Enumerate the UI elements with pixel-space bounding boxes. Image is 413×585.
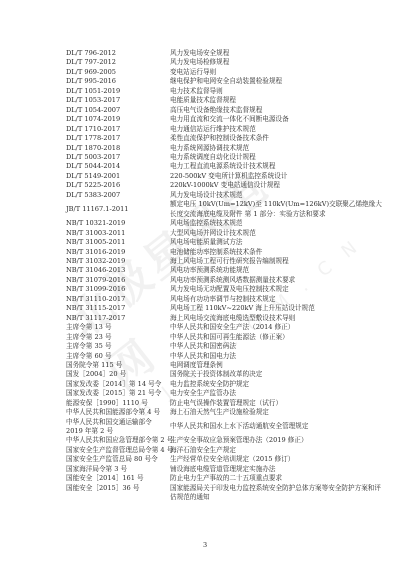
standard-code: NB/T 31016-2019: [66, 248, 170, 257]
standard-code: 主席令第 23 号: [66, 333, 170, 342]
standard-title: 电力用直流和交流一体化不间断电源设备: [170, 115, 386, 124]
list-item: DL/T 5225-2016220kV-1000kV 变电站通信设计规程: [66, 181, 386, 190]
standard-code: 国能安全［2015］36 号: [66, 484, 170, 503]
list-item: 国家安全生产监管总局 80 号令生产经营单位安全培训规定（2015 修订）: [66, 455, 386, 464]
standard-code: 国家安全生产监督管理总局令第 4 号: [66, 446, 170, 455]
standard-code: DL/T 5383-2007: [66, 191, 170, 200]
list-item: 主席令第 35 号中华人民共和国密码法: [66, 342, 386, 351]
standard-code: NB/T 31110-2017: [66, 295, 170, 304]
standard-title: 风电场监控系统技术规范: [170, 219, 386, 228]
list-item: 能源安保［1990］1110 号防止电气误操作装置管理规定（试行）: [66, 399, 386, 408]
list-item: DL/T 5044-2014电力工程直流电源系统设计技术规程: [66, 162, 386, 171]
standard-title: 电力技术监督导则: [170, 87, 386, 96]
list-item: NB/T 31003-2011大型风电场并网设计技术规范: [66, 229, 386, 238]
standard-title: 风力发电场设计技术规范: [170, 191, 386, 200]
list-item: DL/T 797-2012风力发电场检修规程: [66, 58, 386, 67]
standard-title: 变电站运行导则: [170, 68, 386, 77]
standard-title: 风电场有功功率调节与控制技术规定: [170, 295, 386, 304]
standard-title: 电池储能功率控制系统技术条件: [170, 248, 386, 257]
list-item: NB/T 31115-2017风电场工程 110kV~220kV 海上升压站设计…: [66, 304, 386, 313]
list-item: DL/T 1778-2017柔性直流保护和控制设备技术条件: [66, 134, 386, 143]
list-item: 主席令第 23 号中华人民共和国可再生能源法（修正案）: [66, 333, 386, 342]
standard-title: 防止电气误操作装置管理规定（试行）: [170, 399, 386, 408]
standard-code: 能源安保［1990］1110 号: [66, 399, 170, 408]
standard-code: DL/T 1074-2019: [66, 115, 170, 124]
list-item: DL/T 1074-2019电力用直流和交流一体化不间断电源设备: [66, 115, 386, 124]
standard-title: 风力发电场无功配置及电压控制技术规定: [170, 285, 386, 294]
standard-code: NB/T 31079-2016: [66, 276, 170, 285]
list-item: NB/T 31005-2011风电场电能质量测试方法: [66, 238, 386, 247]
list-item: 国家安全生产监督管理总局令第 4 号海洋石油安全生产规定: [66, 446, 386, 455]
standard-code: NB/T 31117-2017: [66, 314, 170, 323]
standard-title: 中华人民共和国安全生产法（2014 修正）: [170, 323, 386, 332]
list-item: 主席令第 13 号中华人民共和国安全生产法（2014 修正）: [66, 323, 386, 332]
list-item: 国家海洋局令第 3 号铺设海底电缆管道管理规定实施办法: [66, 465, 386, 474]
standard-code: DL/T 5003-2017: [66, 153, 170, 162]
standard-code: DL/T 995-2016: [66, 77, 170, 86]
standard-code: DL/T 5225-2016: [66, 181, 170, 190]
standard-title: 电力监控系统安全防护规定: [170, 380, 386, 389]
standard-title: 高压电气设备绝缘技术监督规程: [170, 106, 386, 115]
standard-title: 电力工程直流电源系统设计技术规程: [170, 162, 386, 171]
document-page: 北极星风电网 BJX.COM.CN DL/T 796-2012风力发电场安全规程…: [0, 0, 413, 585]
standard-title: 风电功率预测系统测风塔数据测量技术要求: [170, 276, 386, 285]
standard-code: NB/T 31115-2017: [66, 304, 170, 313]
list-item: 中华人民共和国应急管理部令第 2 号生产安全事故应急预案管理办法（2019 修正…: [66, 436, 386, 445]
standard-code: DL/T 1054-2007: [66, 106, 170, 115]
standards-list: DL/T 796-2012风力发电场安全规程DL/T 797-2012风力发电场…: [66, 49, 386, 503]
standard-title: 电力安全生产监管办法: [170, 389, 386, 398]
standard-title: 电能质量技术监督规程: [170, 96, 386, 105]
list-item: 主席令第 60 号中华人民共和国电力法: [66, 352, 386, 361]
standard-code: JB/T 11167.1-2011: [66, 200, 170, 219]
list-item: DL/T 1051-2019电力技术监督导则: [66, 87, 386, 96]
standard-title: 中华人民共和国电力法: [170, 352, 386, 361]
standard-code: DL/T 1710-2017: [66, 125, 170, 134]
standard-code: NB/T 31003-2011: [66, 229, 170, 238]
standard-code: 中华人民共和国能源部令第 4 号: [66, 408, 170, 417]
standard-title: 风电功率预测系统功能规范: [170, 266, 386, 275]
list-item: DL/T 969-2005变电站运行导则: [66, 68, 386, 77]
list-item: NB/T 10321-2019风电场监控系统技术规范: [66, 219, 386, 228]
standard-title: 风电场电能质量测试方法: [170, 238, 386, 247]
standard-title: 电网调度管理条例: [170, 361, 386, 370]
list-item: DL/T 1053-2017电能质量技术监督规程: [66, 96, 386, 105]
list-item: NB/T 31032-2019海上风电场工程可行性研究报告编制规程: [66, 257, 386, 266]
list-item: 国能安全［2014］161 号防止电力生产事故的二十五项重点要求: [66, 474, 386, 483]
standard-code: 国发［2004］20 号: [66, 370, 170, 379]
standard-code: DL/T 1051-2019: [66, 87, 170, 96]
standard-code: 主席令第 13 号: [66, 323, 170, 332]
standard-code: DL/T 5044-2014: [66, 162, 170, 171]
standard-code: 主席令第 35 号: [66, 342, 170, 351]
list-item: JB/T 11167.1-2011额定电压 10kV(Um=12kV)至 110…: [66, 200, 386, 219]
standard-code: DL/T 1053-2017: [66, 96, 170, 105]
standard-title: 大型风电场并网设计技术规范: [170, 229, 386, 238]
standard-code: DL/T 969-2005: [66, 68, 170, 77]
standard-title: 国家能源局关于印发电力监控系统安全防护总体方案等安全防护方案和评估规范的通知: [170, 484, 386, 503]
standard-code: 国务院令第 115 号: [66, 361, 170, 370]
list-item: 国能安全［2015］36 号国家能源局关于印发电力监控系统安全防护总体方案等安全…: [66, 484, 386, 503]
standard-code: 中华人民共和国交通运输部令 2019 年第 2 号: [66, 418, 170, 437]
standard-title: 柔性直流保护和控制设备技术条件: [170, 134, 386, 143]
standard-title: 继电保护和电网安全自动装置检验规程: [170, 77, 386, 86]
standard-title: 海上石油天然气生产设施检验规定: [170, 408, 386, 417]
standard-title: 生产安全事故应急预案管理办法（2019 修正）: [170, 436, 386, 445]
list-item: 中华人民共和国交通运输部令 2019 年第 2 号中华人民共和国水上水下活动通航…: [66, 418, 386, 437]
standard-code: NB/T 31099-2016: [66, 285, 170, 294]
standard-code: 国能安全［2014］161 号: [66, 474, 170, 483]
list-item: DL/T 5149-2001220-500kV 变电所计算机监控系统设计: [66, 172, 386, 181]
standard-code: NB/T 31046-2013: [66, 266, 170, 275]
list-item: DL/T 995-2016继电保护和电网安全自动装置检验规程: [66, 77, 386, 86]
standard-title: 防止电力生产事故的二十五项重点要求: [170, 474, 386, 483]
standard-code: NB/T 31005-2011: [66, 238, 170, 247]
list-item: DL/T 5383-2007风力发电场设计技术规范: [66, 191, 386, 200]
list-item: 国家发改委［2015］第 21 号令电力安全生产监管办法: [66, 389, 386, 398]
standard-title: 铺设海底电缆管道管理规定实施办法: [170, 465, 386, 474]
standard-title: 海上风电场工程可行性研究报告编制规程: [170, 257, 386, 266]
standard-title: 国务院关于投资体制改革的决定: [170, 370, 386, 379]
list-item: 国务院令第 115 号电网调度管理条例: [66, 361, 386, 370]
list-item: NB/T 31110-2017风电场有功功率调节与控制技术规定: [66, 295, 386, 304]
standard-title: 电力系统网源协调技术规范: [170, 144, 386, 153]
standard-code: DL/T 1870-2018: [66, 144, 170, 153]
list-item: DL/T 1870-2018电力系统网源协调技术规范: [66, 144, 386, 153]
list-item: 国家发改委［2014］第 14 号令电力监控系统安全防护规定: [66, 380, 386, 389]
standard-title: 中华人民共和国水上水下活动通航安全管理规定: [170, 418, 386, 437]
standard-title: 风力发电场检修规程: [170, 58, 386, 67]
standard-code: NB/T 10321-2019: [66, 219, 170, 228]
standard-code: DL/T 5149-2001: [66, 172, 170, 181]
list-item: 国发［2004］20 号国务院关于投资体制改革的决定: [66, 370, 386, 379]
standard-title: 海洋石油安全生产规定: [170, 446, 386, 455]
list-item: NB/T 31099-2016风力发电场无功配置及电压控制技术规定: [66, 285, 386, 294]
standard-code: 国家发改委［2014］第 14 号令: [66, 380, 170, 389]
standard-title: 电力通信站运行维护技术规范: [170, 125, 386, 134]
standard-code: NB/T 31032-2019: [66, 257, 170, 266]
standard-code: DL/T 1778-2017: [66, 134, 170, 143]
list-item: NB/T 31046-2013风电功率预测系统功能规范: [66, 266, 386, 275]
standard-code: 主席令第 60 号: [66, 352, 170, 361]
list-item: NB/T 31016-2019电池储能功率控制系统技术条件: [66, 248, 386, 257]
standard-code: 国家海洋局令第 3 号: [66, 465, 170, 474]
standard-title: 中华人民共和国密码法: [170, 342, 386, 351]
standard-code: 国家安全生产监管总局 80 号令: [66, 455, 170, 464]
standard-title: 生产经营单位安全培训规定（2015 修订）: [170, 455, 386, 464]
list-item: DL/T 1054-2007高压电气设备绝缘技术监督规程: [66, 106, 386, 115]
standard-title: 220kV-1000kV 变电站通信设计规程: [170, 181, 386, 190]
standard-title: 中华人民共和国可再生能源法（修正案）: [170, 333, 386, 342]
list-item: 中华人民共和国能源部令第 4 号海上石油天然气生产设施检验规定: [66, 408, 386, 417]
standard-code: DL/T 796-2012: [66, 49, 170, 58]
page-number: 3: [203, 541, 207, 549]
list-item: DL/T 1710-2017电力通信站运行维护技术规范: [66, 125, 386, 134]
standard-code: 中华人民共和国应急管理部令第 2 号: [66, 436, 170, 445]
standard-code: 国家发改委［2015］第 21 号令: [66, 389, 170, 398]
standard-title: 风电场工程 110kV~220kV 海上升压站设计规范: [170, 304, 386, 313]
standard-title: 额定电压 10kV(Um=12kV)至 110kV(Um=126kV)交联聚乙烯…: [170, 200, 386, 219]
list-item: NB/T 31117-2017海上风电场交流海底电缆选型敷设技术导则: [66, 314, 386, 323]
list-item: NB/T 31079-2016风电功率预测系统测风塔数据测量技术要求: [66, 276, 386, 285]
standard-title: 海上风电场交流海底电缆选型敷设技术导则: [170, 314, 386, 323]
standard-title: 220-500kV 变电所计算机监控系统设计: [170, 172, 386, 181]
standard-code: DL/T 797-2012: [66, 58, 170, 67]
